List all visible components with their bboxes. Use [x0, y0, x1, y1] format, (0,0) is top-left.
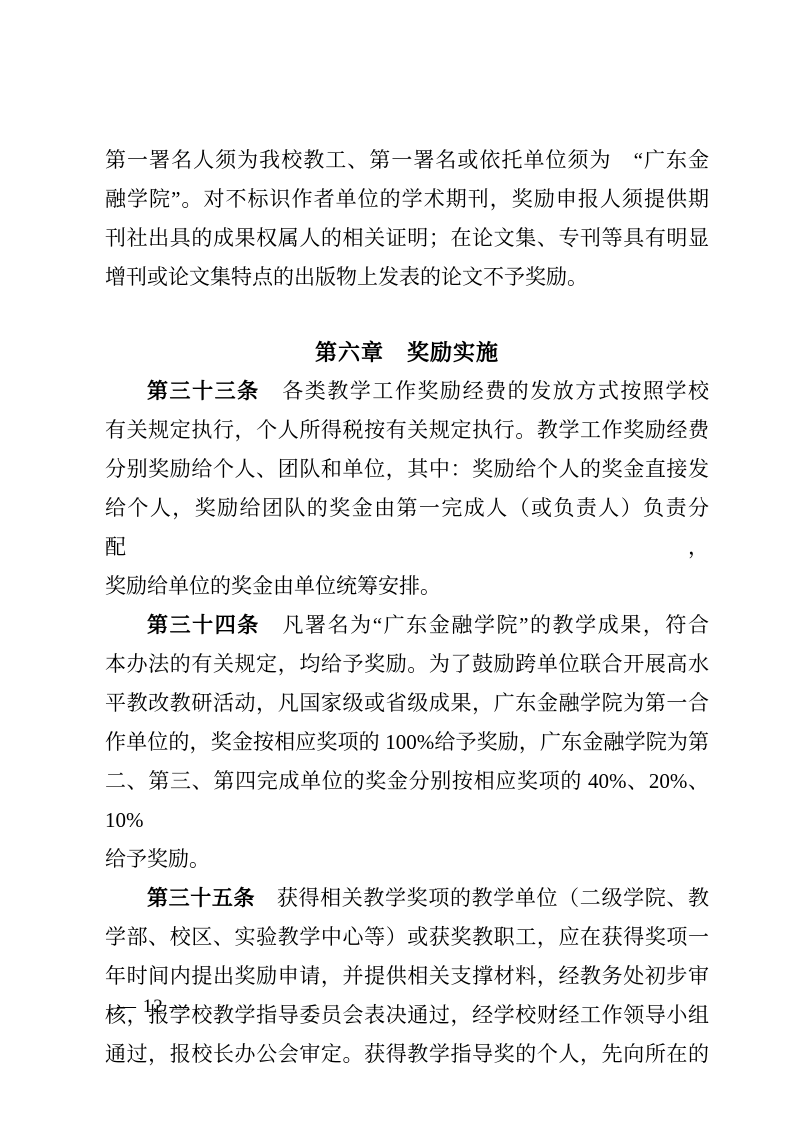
text-line: 作单位的，奖金按相应奖项的 100%给予奖励，广东金融学院为第 [105, 723, 709, 762]
document-body: 第一署名人须为我校教工、第一署名或依托单位须为 “广东金融学院”。对不标识作者单… [105, 141, 709, 1074]
text-line: 第三十四条 凡署名为“广东金融学院”的教学成果，符合 [105, 606, 709, 645]
text-line: 本办法的有关规定，均给予奖励。为了鼓励跨单位联合开展高水 [105, 645, 709, 684]
article-35: 第三十五条 获得相关教学奖项的教学单位（二级学院、教学部、校区、实验教学中心等）… [105, 879, 709, 1074]
text-line: 二、第三、第四完成单位的奖金分别按相应奖项的 40%、20%、10% [105, 762, 709, 840]
article-34: 第三十四条 凡署名为“广东金融学院”的教学成果，符合本办法的有关规定，均给予奖励… [105, 606, 709, 879]
text-line: 给个人，奖励给团队的奖金由第一完成人（或负责人）负责分配， [105, 489, 709, 567]
document-page: 第一署名人须为我校教工、第一署名或依托单位须为 “广东金融学院”。对不标识作者单… [0, 0, 794, 1123]
text-line: 第三十三条 各类教学工作奖励经费的发放方式按照学校 [105, 372, 709, 411]
text-line: 奖励给单位的奖金由单位统筹安排。 [105, 567, 709, 606]
text-line: 通过，报校长办公会审定。获得教学指导奖的个人，先向所在的 [105, 1035, 709, 1074]
text-line: 第三十五条 获得相关教学奖项的教学单位（二级学院、教 [105, 879, 709, 918]
text-line: 给予奖励。 [105, 840, 709, 879]
text-line: 平教改教研活动，凡国家级或省级成果，广东金融学院为第一合 [105, 684, 709, 723]
text-line: 增刊或论文集特点的出版物上发表的论文不予奖励。 [105, 258, 709, 297]
text-line: 核，报学校教学指导委员会表决通过，经学校财经工作领导小组 [105, 996, 709, 1035]
text-line: 有关规定执行，个人所得税按有关规定执行。教学工作奖励经费 [105, 411, 709, 450]
text-line: 第一署名人须为我校教工、第一署名或依托单位须为 “广东金 [105, 141, 709, 180]
page-number: — 12 — [117, 995, 190, 1019]
article-number: 第三十五条 [147, 887, 255, 910]
chapter-6-heading: 第六章 奖励实施 [105, 333, 709, 372]
paragraph-continuation: 第一署名人须为我校教工、第一署名或依托单位须为 “广东金融学院”。对不标识作者单… [105, 141, 709, 297]
text-line: 融学院”。对不标识作者单位的学术期刊，奖励申报人须提供期 [105, 180, 709, 219]
text-line: 刊社出具的成果权属人的相关证明；在论文集、专刊等具有明显 [105, 219, 709, 258]
text-line: 年时间内提出奖励申请，并提供相关支撑材料，经教务处初步审 [105, 957, 709, 996]
article-number: 第三十四条 [147, 614, 260, 637]
article-number: 第三十三条 [147, 380, 260, 403]
article-33: 第三十三条 各类教学工作奖励经费的发放方式按照学校有关规定执行，个人所得税按有关… [105, 372, 709, 606]
text-line: 学部、校区、实验教学中心等）或获奖教职工，应在获得奖项一 [105, 918, 709, 957]
text-line: 分别奖励给个人、团队和单位，其中：奖励给个人的奖金直接发 [105, 450, 709, 489]
